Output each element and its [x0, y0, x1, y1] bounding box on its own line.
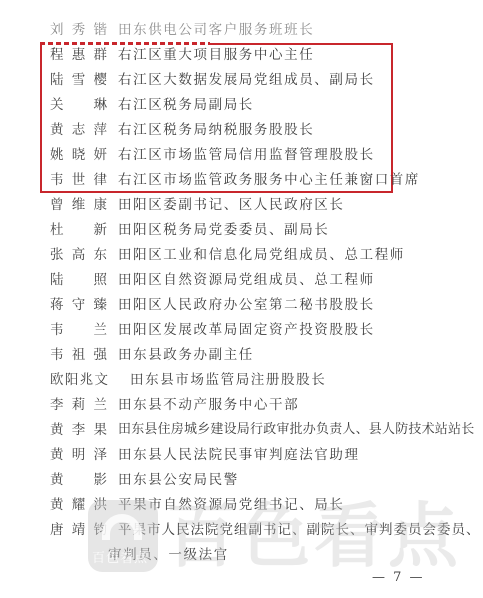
person-name: 韦 兰	[50, 320, 108, 340]
person-name: 黄志萍	[50, 120, 108, 140]
person-title: 右江区重大项目服务中心主任	[118, 45, 314, 65]
person-title: 平果市自然资源局党组书记、局长	[118, 495, 345, 515]
person-title: 田东县人民法院民事审判庭法官助理	[118, 445, 360, 465]
person-name: 杜 新	[50, 220, 108, 240]
person-title: 田东县政务办副主任	[118, 345, 254, 365]
document-page: 刘秀锴 田东供电公司客户服务班班长 程惠群 右江区重大项目服务中心主任 陆雪樱 …	[0, 0, 483, 598]
person-name: 韦祖强	[50, 345, 108, 365]
person-name: 李莉兰	[50, 395, 108, 415]
person-name: 欧阳兆文	[50, 370, 108, 390]
person-name: 黄明泽	[50, 445, 108, 465]
person-name: 陆雪樱	[50, 70, 108, 90]
person-name: 关 琳	[50, 95, 108, 115]
person-title: 右江区大数据发展局党组成员、副局长	[118, 70, 375, 90]
person-name: 陆 照	[50, 270, 108, 290]
person-title: 平果市人民法院党组副书记、副院长、审判委员会委员、	[118, 520, 481, 540]
person-name: 刘秀锴	[50, 20, 108, 40]
person-title: 田东县市场监管局注册股股长	[130, 370, 326, 390]
person-title: 右江区税务局副局长	[118, 95, 254, 115]
person-title: 田东县公安局民警	[118, 470, 239, 490]
person-title: 田阳区自然资源局党组成员、总工程师	[118, 270, 375, 290]
person-name: 韦世律	[50, 170, 108, 190]
person-title: 田阳区委副书记、区人民政府区长	[118, 195, 345, 215]
person-title: 田东县不动产服务中心干部	[118, 395, 299, 415]
person-name: 唐靖钧	[50, 520, 108, 540]
person-name: 曾维康	[50, 195, 108, 215]
person-title: 田阳区工业和信息化局党组成员、总工程师	[118, 245, 405, 265]
page-number: — 7 —	[372, 570, 425, 585]
person-name: 黄李果	[50, 420, 108, 440]
person-title: 田东供电公司客户服务班班长	[118, 20, 314, 40]
person-name: 黄 影	[50, 470, 108, 490]
person-name: 黄耀洪	[50, 495, 108, 515]
person-title: 右江区市场监管政务服务中心主任兼窗口首席	[118, 170, 420, 190]
person-title: 田阳区发展改革局固定资产投资股股长	[118, 320, 375, 340]
person-title: 右江区税务局纳税服务股股长	[118, 120, 314, 140]
person-name: 蒋守臻	[50, 295, 108, 315]
person-name: 姚晓妍	[50, 145, 108, 165]
person-title: 田阳区人民政府办公室第二秘书股股长	[118, 295, 375, 315]
person-name: 张高东	[50, 245, 108, 265]
person-title: 审判员、一级法官	[108, 545, 229, 565]
person-title: 右江区市场监管局信用监督管理股股长	[118, 145, 375, 165]
person-name: 程惠群	[50, 45, 108, 65]
person-title: 田阳区税务局党委委员、副局长	[118, 220, 329, 240]
person-title: 田东县住房城乡建设局行政审批办负责人、县人防技术站站长	[118, 420, 474, 440]
